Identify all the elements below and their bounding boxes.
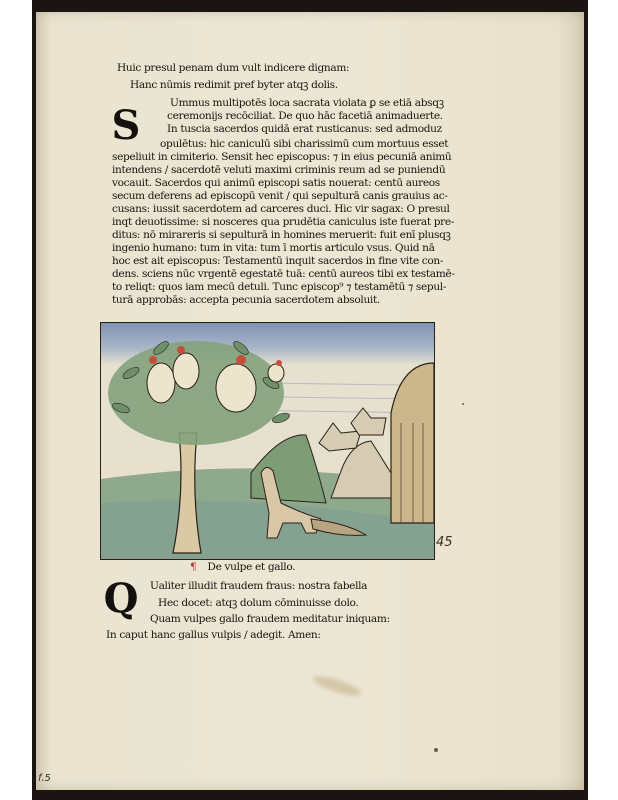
prose-line: secum deferens ad episcopū venit / qui s… xyxy=(112,190,448,203)
fable-title-row: ¶ De vulpe et gallo. xyxy=(190,561,295,574)
prose-line: hoc est ait episcopus: Testamentū inquit… xyxy=(112,255,443,268)
prose-line: dens. sciens nūc vrgentē egestatē tuā: c… xyxy=(112,268,455,281)
verse-line-1: Huic presul penam dum vult indicere dign… xyxy=(117,62,349,75)
pilcrow-mark: ¶ xyxy=(190,561,196,573)
prose-line: cusans: iussit sacerdotem ad carceres du… xyxy=(112,203,450,216)
margin-folio-note: 45 xyxy=(436,535,453,550)
fable-line: Quam vulpes gallo fraudem meditatur iniq… xyxy=(150,613,390,626)
woodcut-illustration xyxy=(100,322,435,560)
prose-line: ingenio humano: tum in vita: tum ī morti… xyxy=(112,242,435,255)
prose-line: vocauit. Sacerdos qui animū episcopi sat… xyxy=(112,177,440,190)
fable-line: Hec docet: atqꝫ dolum cōminuisse dolo. xyxy=(158,597,358,610)
prose-line: sepeliuit in cimiterio. Sensit hec episc… xyxy=(112,151,451,164)
prose-line: turā approbās: accepta pecunia sacerdote… xyxy=(112,294,380,307)
fable-title: De vulpe et gallo. xyxy=(207,561,295,573)
ink-spot xyxy=(434,748,438,752)
fox-and-rooster-woodcut xyxy=(101,323,434,559)
prose-line: to reliqt: quos iam mecū detuli. Tunc ep… xyxy=(112,281,446,294)
prose-line: intendens / sacerdotē veluti maximi crim… xyxy=(112,164,445,177)
prose-line: ditus: nō mirareris si sepulturā in homi… xyxy=(112,229,451,242)
prose-line: In tuscia sacerdos quidā erat rusticanus… xyxy=(167,123,442,136)
fable-line: Ualiter illudit fraudem fraus: nostra fa… xyxy=(150,580,367,593)
prose-line: opulētus: hic caniculū sibi charissimū c… xyxy=(160,138,448,151)
prose-line: inqt deuotissime: si nosceres qua prudēt… xyxy=(112,216,454,229)
ink-speck xyxy=(462,403,464,405)
stain xyxy=(311,673,362,700)
decorated-initial-s: S xyxy=(94,100,158,152)
bottom-left-note: f.5 xyxy=(38,773,51,784)
prose-line: ceremonijs recōciliat. De quo hāc faceti… xyxy=(167,110,443,123)
fable-line: In caput hanc gallus vulpis / adegit. Am… xyxy=(106,629,321,642)
prose-line: Ummus multipotēs loca sacrata violata ꝑ … xyxy=(170,97,444,110)
decorated-initial-q: Q xyxy=(93,574,149,624)
verse-line-2: Hanc nūmis redimit pref byter atqꝫ dolis… xyxy=(130,79,338,92)
